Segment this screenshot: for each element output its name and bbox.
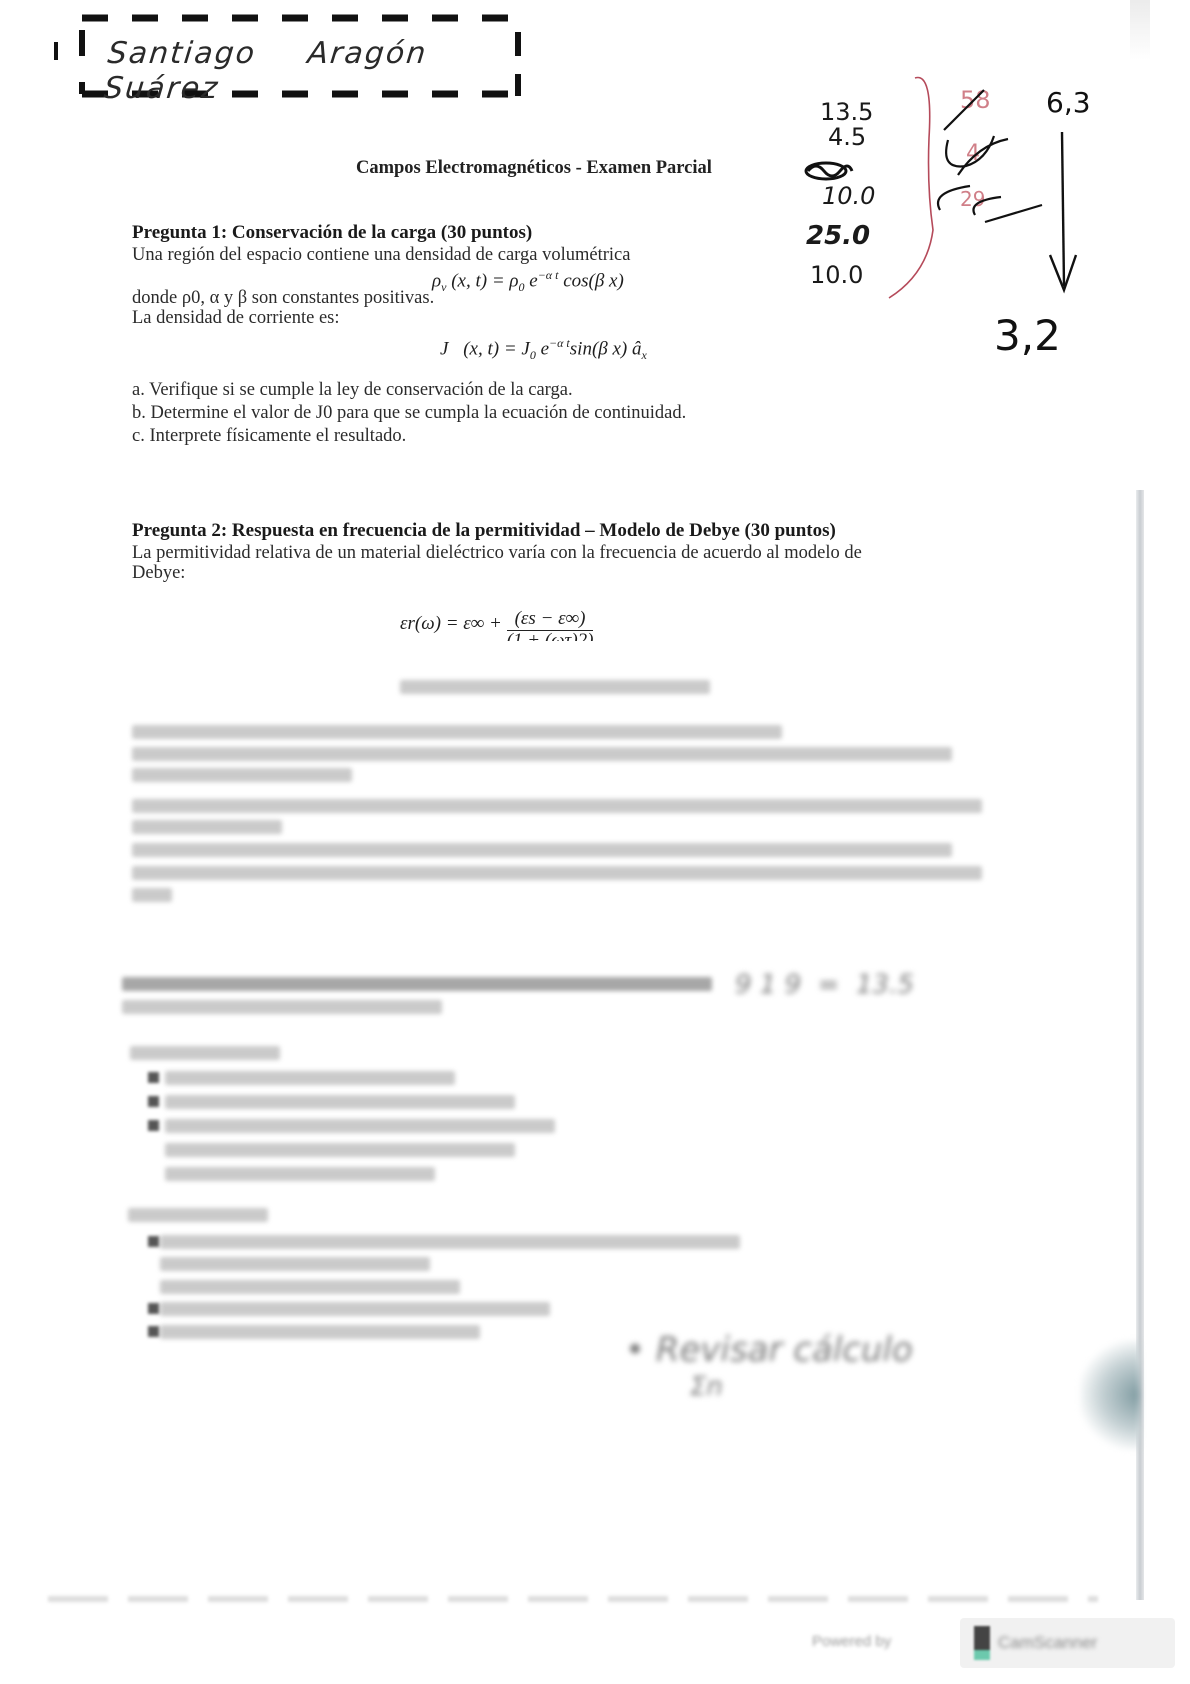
redacted-handwritten-note: • Revisar cálculo xyxy=(625,1330,913,1370)
question-2-heading: Pregunta 2: Respuesta en frecuencia de l… xyxy=(132,520,836,542)
score-2: 4.5 xyxy=(828,123,866,151)
question-1-current-intro: La densidad de corriente es: xyxy=(132,308,340,329)
page-footer-redacted xyxy=(48,1596,1098,1602)
question-1-item-a: a. Verifique si se cumple la ley de cons… xyxy=(132,380,573,401)
top-value: 6,3 xyxy=(1046,86,1091,119)
question-2-intro-line2: Debye: xyxy=(132,563,185,584)
score-5: 10.0 xyxy=(810,261,863,289)
redacted-line xyxy=(400,680,710,694)
question-1-intro: Una región del espacio contiene una dens… xyxy=(132,245,630,266)
final-grade: 3,2 xyxy=(994,311,1061,360)
score-1: 13.5 xyxy=(820,98,873,126)
debye-denominator: (1 + (ωτ)2) xyxy=(507,631,594,641)
debye-lhs: εr(ω) = ε∞ + xyxy=(400,613,502,634)
document-title: Campos Electromagnéticos - Examen Parcia… xyxy=(356,158,712,179)
question-1-item-b: b. Determine el valor de J0 para que se … xyxy=(132,403,686,424)
debye-formula: εr(ω) = ε∞ + (εs − ε∞)(1 + (ωτ)2) xyxy=(400,608,593,641)
score-3: 10.0 xyxy=(822,182,875,210)
arrow-down xyxy=(1062,132,1064,286)
red-bracket xyxy=(889,78,933,299)
question-1-item-c: c. Interprete físicamente el resultado. xyxy=(132,426,406,447)
red-mark-3: 29 xyxy=(960,187,985,211)
camscanner-brand: CamScanner xyxy=(998,1633,1097,1653)
debye-numerator: (εs − ε∞) xyxy=(507,608,594,631)
question-1-constants: donde ρ0, α y β son constantes positivas… xyxy=(132,288,434,309)
redacted-handwritten-score: 9 1 9 = 13.5 xyxy=(735,970,914,1000)
powered-by-label: Powered by xyxy=(812,1633,891,1650)
question-1-heading: Pregunta 1: Conservación de la carga (30… xyxy=(132,222,532,244)
question-2-intro-line1: La permitividad relativa de un material … xyxy=(132,543,862,564)
charge-density-formula: ρv (x, t) = ρ0 e−α t cos(β x) xyxy=(432,268,624,295)
current-density-formula: J⃗(x, t) = J0 e−α tsin(β x) âx xyxy=(440,336,647,363)
camscanner-logo-icon xyxy=(974,1626,990,1660)
scan-smudge xyxy=(1080,1340,1140,1450)
score-4: 25.0 xyxy=(806,221,870,251)
